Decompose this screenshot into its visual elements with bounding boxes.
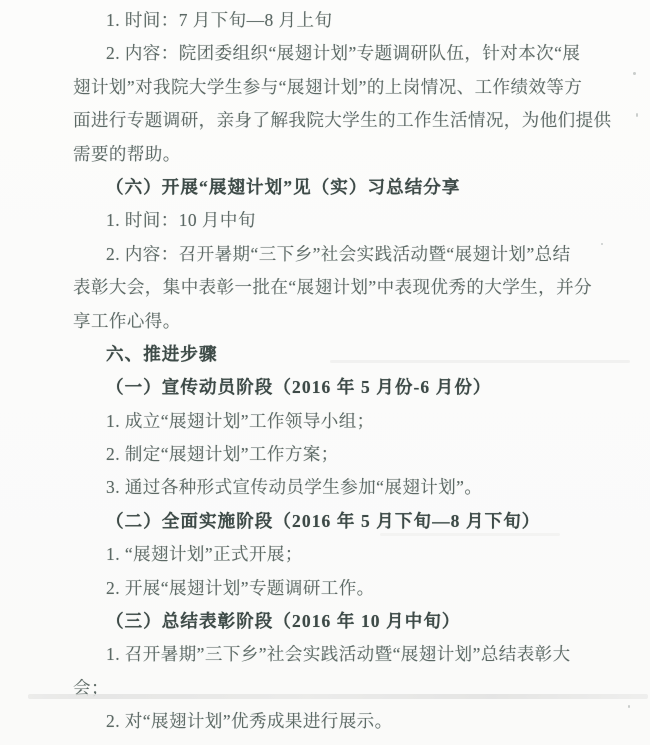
document-line: 2. 内容：院团委组织“展翅计划”专题调研队伍，针对本次“展 [73,37,630,70]
document-line: 1. 时间：7 月下旬—8 月上旬 [73,4,630,37]
document-body: 1. 时间：7 月下旬—8 月上旬2. 内容：院团委组织“展翅计划”专题调研队伍… [73,4,630,739]
document-line: 1. 召开暑期”三下乡”社会实践活动暨“展翅计划”总结表彰大 [73,638,630,671]
scanned-document-page: 1. 时间：7 月下旬—8 月上旬2. 内容：院团委组织“展翅计划”专题调研队伍… [0,0,650,745]
document-line: 2. 制定“展翅计划”工作方案； [73,438,630,471]
document-line: 面进行专题调研，亲身了解我院大学生的工作生活情况，为他们提供 [73,104,630,137]
document-line: （六）开展“展翅计划”见（实）习总结分享 [73,171,630,204]
document-line: 2. 内容：召开暑期“三下乡”社会实践活动暨“展翅计划”总结 [73,238,630,271]
document-line: 六、推进步骤 [73,338,630,371]
scan-speck [636,113,638,117]
document-line: （二）全面实施阶段（2016 年 5 月下旬—8 月下旬） [73,505,630,538]
document-line: 1. “展翅计划”正式开展； [73,538,630,571]
document-line: （三）总结表彰阶段（2016 年 10 月中旬） [73,605,630,638]
document-line: （一）宣传动员阶段（2016 年 5 月份-6 月份） [73,371,630,404]
document-line: 2. 开展“展翅计划”专题调研工作。 [73,572,630,605]
document-line: 翅计划”对我院大学生参与“展翅计划”的上岗情况、工作绩效等方 [73,71,630,104]
document-line: 1. 成立“展翅计划”工作领导小组； [73,405,630,438]
document-line: 表彰大会，集中表彰一批在“展翅计划”中表现优秀的大学生，并分 [73,271,630,304]
document-line: 1. 时间：10 月中旬 [73,204,630,237]
document-line: 3. 通过各种形式宣传动员学生参加“展翅计划”。 [73,471,630,504]
document-line: 享工作心得。 [73,305,630,338]
document-line: 会； [73,672,630,705]
document-line: 2. 对“展翅计划”优秀成果进行展示。 [73,705,630,738]
document-line: 需要的帮助。 [73,138,630,171]
scan-speck [633,72,636,75]
